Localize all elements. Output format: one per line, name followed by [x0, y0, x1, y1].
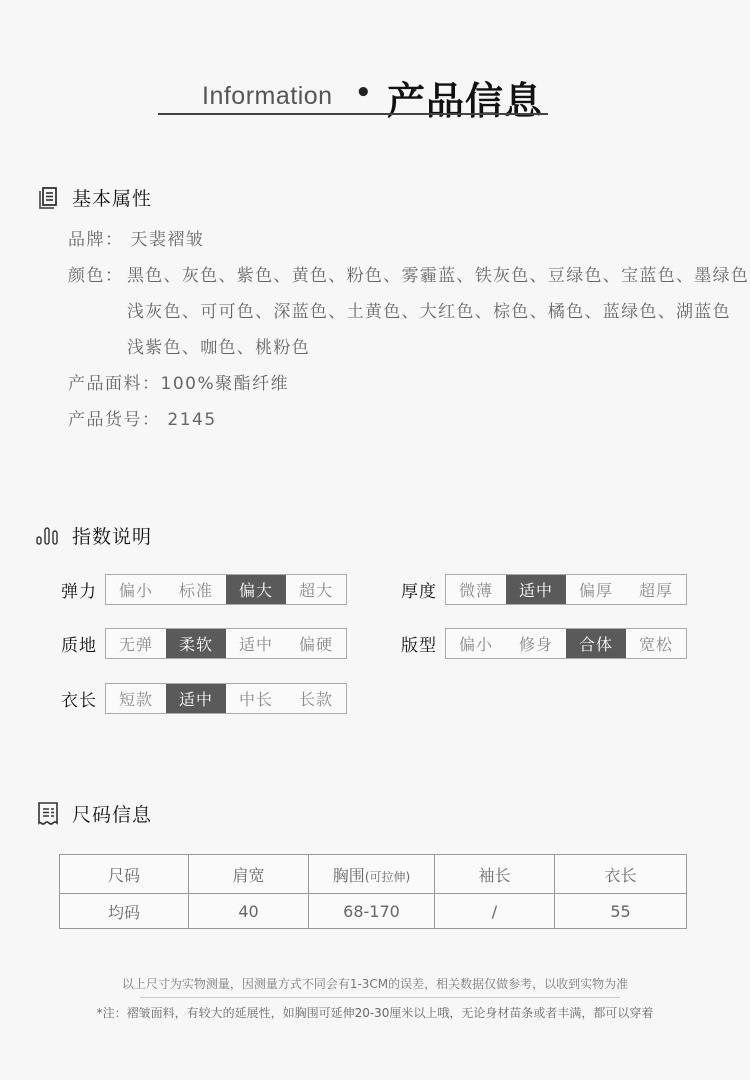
index-options: 偏小 修身 合体 宽松: [445, 628, 687, 659]
index-group-length: 衣长 短款 适中 中长 长款: [61, 683, 347, 714]
index-option-selected: 适中: [506, 575, 566, 604]
section-title-text: 基本属性: [72, 184, 152, 211]
sku-row: 产品货号： 2145: [68, 402, 217, 438]
table-cell: 40: [189, 894, 309, 929]
index-label: 衣长: [61, 686, 105, 711]
index-option: 超厚: [626, 575, 686, 604]
index-option: 超大: [286, 575, 346, 604]
color-line: 浅灰色、可可色、深蓝色、土黄色、大红色、棕色、橘色、蓝绿色、湖蓝色: [127, 294, 749, 330]
header-underline: [158, 113, 548, 115]
table-cell: 55: [555, 894, 687, 929]
table-header: 袖长: [435, 855, 555, 894]
index-option-selected: 偏大: [226, 575, 286, 604]
receipt-icon: [36, 802, 60, 826]
color-label-row: 颜色：: [68, 258, 124, 294]
index-option: 适中: [226, 629, 286, 658]
index-options: 偏小 标准 偏大 超大: [105, 574, 347, 605]
index-group-texture: 质地 无弹 柔软 适中 偏硬: [61, 628, 347, 659]
index-option: 偏硬: [286, 629, 346, 658]
index-options: 微薄 适中 偏厚 超厚: [445, 574, 687, 605]
brand-row: 品牌： 天裴褶皱: [68, 222, 204, 258]
table-header: 肩宽: [189, 855, 309, 894]
table-header: 衣长: [555, 855, 687, 894]
chest-header-label: 胸围: [333, 866, 365, 885]
table-cell: 均码: [60, 894, 189, 929]
index-option: 偏小: [446, 629, 506, 658]
index-option: 短款: [106, 684, 166, 713]
section-index-title: 指数说明: [36, 522, 152, 549]
index-option: 无弹: [106, 629, 166, 658]
index-group-thickness: 厚度 微薄 适中 偏厚 超厚: [401, 574, 687, 605]
index-label: 厚度: [401, 577, 445, 602]
index-option: 偏厚: [566, 575, 626, 604]
measurement-note: 以上尺寸为实物测量，因测量方式不同会有1-3CM的误差，相关数据仅做参考，以收到…: [0, 975, 750, 992]
document-list-icon: [36, 186, 60, 210]
index-option: 宽松: [626, 629, 686, 658]
color-label: 颜色：: [68, 266, 124, 286]
index-label: 版型: [401, 631, 445, 656]
material-value: 100%聚酯纤维: [161, 374, 290, 394]
table-row: 均码 40 68-170 / 55: [60, 894, 687, 929]
index-label: 弹力: [61, 577, 105, 602]
index-option: 修身: [506, 629, 566, 658]
index-option-selected: 适中: [166, 684, 226, 713]
section-basic-title: 基本属性: [36, 184, 152, 211]
index-option: 中长: [226, 684, 286, 713]
index-option: 微薄: [446, 575, 506, 604]
table-header-row: 尺码 肩宽 胸围(可拉伸) 袖长 衣长: [60, 855, 687, 894]
table-cell: /: [435, 894, 555, 929]
sku-value: 2145: [167, 410, 216, 430]
header-separator: •: [355, 78, 372, 108]
section-size-title: 尺码信息: [36, 800, 152, 827]
page-header: Information • 产品信息: [158, 66, 548, 116]
index-option: 偏小: [106, 575, 166, 604]
material-label: 产品面料：: [68, 374, 161, 394]
fabric-note: *注：褶皱面料，有较大的延展性，如胸围可延伸20-30厘米以上哦，无论身材苗条或…: [0, 1004, 750, 1021]
chest-header-note: (可拉伸): [365, 870, 410, 884]
section-title-text: 尺码信息: [72, 800, 152, 827]
brand-value: 天裴褶皱: [130, 230, 204, 250]
index-group-fit: 版型 偏小 修身 合体 宽松: [401, 628, 687, 659]
header-chinese-title: 产品信息: [387, 70, 543, 125]
note-divider: [140, 997, 620, 998]
header-english-title: Information: [202, 82, 333, 111]
table-header: 胸围(可拉伸): [309, 855, 435, 894]
brand-label: 品牌：: [68, 230, 124, 250]
index-option: 长款: [286, 684, 346, 713]
table-cell: 68-170: [309, 894, 435, 929]
material-row: 产品面料：100%聚酯纤维: [68, 366, 289, 402]
size-table: 尺码 肩宽 胸围(可拉伸) 袖长 衣长 均码 40 68-170 / 55: [59, 854, 687, 929]
index-option-selected: 柔软: [166, 629, 226, 658]
index-option: 标准: [166, 575, 226, 604]
index-options: 短款 适中 中长 长款: [105, 683, 347, 714]
index-label: 质地: [61, 631, 105, 656]
table-header: 尺码: [60, 855, 189, 894]
index-options: 无弹 柔软 适中 偏硬: [105, 628, 347, 659]
color-line: 黑色、灰色、紫色、黄色、粉色、雾霾蓝、铁灰色、豆绿色、宝蓝色、墨绿色: [127, 258, 749, 294]
color-values: 黑色、灰色、紫色、黄色、粉色、雾霾蓝、铁灰色、豆绿色、宝蓝色、墨绿色 浅灰色、可…: [127, 258, 749, 366]
color-line: 浅紫色、咖色、桃粉色: [127, 330, 749, 366]
sku-label: 产品货号：: [68, 410, 161, 430]
index-group-elasticity: 弹力 偏小 标准 偏大 超大: [61, 574, 347, 605]
section-title-text: 指数说明: [72, 522, 152, 549]
bar-chart-icon: [36, 524, 60, 548]
index-option-selected: 合体: [566, 629, 626, 658]
